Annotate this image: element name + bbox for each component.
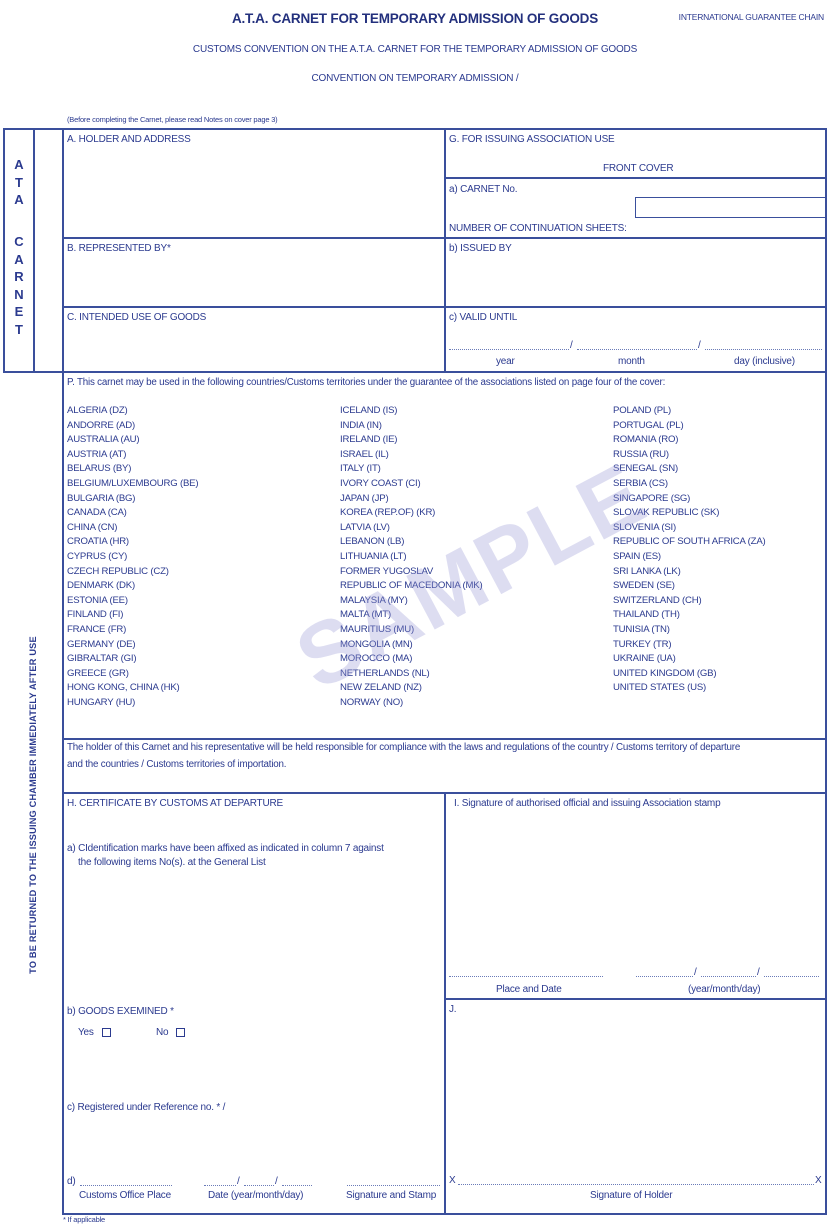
yes-label: Yes [78, 1027, 94, 1038]
country-item: NORWAY (NO) [340, 696, 482, 711]
continuation-sheets-label: NUMBER OF CONTINUATION SHEETS: [449, 223, 627, 234]
country-item: SENEGAL (SN) [613, 462, 766, 477]
valid-until-label: c) VALID UNTIL [449, 312, 517, 323]
country-item: ANDORRE (AD) [67, 419, 198, 434]
date-separator: / [694, 967, 697, 978]
country-item: CROATIA (HR) [67, 535, 198, 550]
country-item: GERMANY (DE) [67, 638, 198, 653]
responsibility-text-line2: and the countries / Customs territories … [67, 759, 286, 770]
letter: T [4, 321, 34, 339]
signature-stamp-label: Signature and Stamp [346, 1190, 436, 1201]
date-separator: / [237, 1176, 240, 1187]
holder-address-field[interactable] [64, 150, 443, 236]
yes-option[interactable]: Yes [78, 1027, 111, 1038]
country-item: MOROCCO (MA) [340, 652, 482, 667]
valid-year-field[interactable] [449, 349, 569, 350]
h-a-text-line2: the following items No(s). at the Genera… [78, 857, 266, 868]
country-item: TURKEY (TR) [613, 638, 766, 653]
issued-by-field[interactable] [446, 258, 824, 304]
country-item: MALAYSIA (MY) [340, 594, 482, 609]
country-item: BULGARIA (BG) [67, 492, 198, 507]
section-a-holder-label: A. HOLDER AND ADDRESS [67, 134, 191, 145]
issue-year-field[interactable] [636, 976, 693, 977]
country-item: SWITZERLAND (CH) [613, 594, 766, 609]
date-separator: / [698, 340, 701, 351]
items-numbers-field[interactable] [64, 872, 443, 997]
country-item: MAURITIUS (MU) [340, 623, 482, 638]
country-item: IRELAND (IE) [340, 433, 482, 448]
month-label: month [618, 356, 645, 367]
customs-office-place-label: Customs Office Place [79, 1190, 171, 1201]
subtitle-temporary-admission: CONVENTION ON TEMPORARY ADMISSION / [0, 73, 830, 84]
country-item: GREECE (GR) [67, 667, 198, 682]
place-date-field[interactable] [449, 976, 603, 977]
country-item: ITALY (IT) [340, 462, 482, 477]
country-item: CHINA (CN) [67, 521, 198, 536]
country-item: POLAND (PL) [613, 404, 766, 419]
section-p-label: P. This carnet may be used in the follow… [67, 377, 665, 388]
country-item: BELGIUM/LUXEMBOURG (BE) [67, 477, 198, 492]
cover-note: (Before completing the Carnet, please re… [67, 115, 277, 124]
place-date-label: Place and Date [496, 984, 562, 995]
country-item: REPUBLIC OF MACEDONIA (MK) [340, 579, 482, 594]
issue-day-field[interactable] [764, 976, 819, 977]
date-separator: / [757, 967, 760, 978]
letter: N [4, 286, 34, 304]
country-item: HUNGARY (HU) [67, 696, 198, 711]
country-item: CYPRUS (CY) [67, 550, 198, 565]
departure-year-field[interactable] [204, 1185, 236, 1186]
letter: C [4, 233, 34, 251]
ata-label: A T A [4, 156, 34, 209]
letter: T [4, 174, 34, 192]
letter: R [4, 268, 34, 286]
country-item: ESTONIA (EE) [67, 594, 198, 609]
country-item: CANADA (CA) [67, 506, 198, 521]
country-item: ALGERIA (DZ) [67, 404, 198, 419]
issued-by-label: b) ISSUED BY [449, 243, 512, 254]
section-i-label: I. Signature of authorised official and … [454, 798, 720, 809]
country-item: BELARUS (BY) [67, 462, 198, 477]
country-item: SWEDEN (SE) [613, 579, 766, 594]
carnet-label: C A R N E T [4, 233, 34, 338]
country-item: UKRAINE (UA) [613, 652, 766, 667]
country-list-col1: ALGERIA (DZ)ANDORRE (AD)AUSTRALIA (AU)AU… [67, 404, 198, 710]
country-item: TUNISIA (TN) [613, 623, 766, 638]
section-g-label: G. FOR ISSUING ASSOCIATION USE [449, 134, 615, 145]
signature-x-right: X [815, 1175, 821, 1186]
country-item: PORTUGAL (PL) [613, 419, 766, 434]
intended-use-field[interactable] [64, 328, 443, 370]
yes-checkbox[interactable] [102, 1028, 111, 1037]
letter: E [4, 303, 34, 321]
guarantee-chain-label: INTERNATIONAL GUARANTEE CHAIN [679, 12, 824, 22]
country-item: SRI LANKA (LK) [613, 565, 766, 580]
country-item: INDIA (IN) [340, 419, 482, 434]
country-item: MONGOLIA (MN) [340, 638, 482, 653]
year-label: year [496, 356, 515, 367]
country-item: RUSSIA (RU) [613, 448, 766, 463]
valid-month-field[interactable] [577, 349, 697, 350]
country-item: GIBRALTAR (GI) [67, 652, 198, 667]
goods-examined-label: b) GOODS EXEMINED * [67, 1006, 174, 1017]
carnet-no-label: a) CARNET No. [449, 184, 517, 195]
day-label: day (inclusive) [734, 356, 795, 367]
country-item: FINLAND (FI) [67, 608, 198, 623]
country-item: FRANCE (FR) [67, 623, 198, 638]
section-c-intended-use-label: C. INTENDED USE OF GOODS [67, 312, 206, 323]
country-item: IVORY COAST (CI) [340, 477, 482, 492]
country-item: UNITED KINGDOM (GB) [613, 667, 766, 682]
country-item: AUSTRIA (AT) [67, 448, 198, 463]
country-item: JAPAN (JP) [340, 492, 482, 507]
country-item: SPAIN (ES) [613, 550, 766, 565]
signature-holder-label: Signature of Holder [590, 1190, 672, 1201]
country-item: KOREA (REP.OF) (KR) [340, 506, 482, 521]
country-item: HONG KONG, CHINA (HK) [67, 681, 198, 696]
country-item: UNITED STATES (US) [613, 681, 766, 696]
holder-signature-field[interactable] [458, 1184, 814, 1185]
country-item: SLOVENIA (SI) [613, 521, 766, 536]
country-item: FORMER YUGOSLAV [340, 565, 482, 580]
no-label: No [156, 1027, 168, 1038]
valid-day-field[interactable] [705, 349, 822, 350]
country-item: NEW ZELAND (NZ) [340, 681, 482, 696]
responsibility-text-line1: The holder of this Carnet and his repres… [67, 742, 740, 753]
return-instruction: TO BE RETURNED TO THE ISSUING CHAMBER IM… [28, 636, 38, 974]
country-list-col2: ICELAND (IS)INDIA (IN)IRELAND (IE)ISRAEL… [340, 404, 482, 710]
letter: A [4, 251, 34, 269]
country-list-col3: POLAND (PL)PORTUGAL (PL)ROMANIA (RO)RUSS… [613, 404, 766, 696]
country-item: SINGAPORE (SG) [613, 492, 766, 507]
customs-signature-field[interactable] [347, 1185, 440, 1186]
footnote: * If applicable [63, 1215, 105, 1224]
front-cover-label: FRONT COVER [603, 163, 673, 174]
country-item: ISRAEL (IL) [340, 448, 482, 463]
h-a-text-line1: a) CIdentification marks have been affix… [67, 843, 384, 854]
no-checkbox[interactable] [176, 1028, 185, 1037]
country-item: LEBANON (LB) [340, 535, 482, 550]
represented-by-field[interactable] [64, 258, 443, 304]
country-item: ROMANIA (RO) [613, 433, 766, 448]
carnet-number-field[interactable] [635, 197, 826, 218]
ymd-label: (year/month/day) [688, 984, 760, 995]
country-item: LATVIA (LV) [340, 521, 482, 536]
letter: A [4, 191, 34, 209]
registered-reference-label: c) Registered under Reference no. * / [67, 1102, 225, 1113]
section-j-label: J. [449, 1004, 456, 1015]
country-item: SERBIA (CS) [613, 477, 766, 492]
country-item: CZECH REPUBLIC (CZ) [67, 565, 198, 580]
country-item: SLOVAK REPUBLIC (SK) [613, 506, 766, 521]
date-separator: / [275, 1176, 278, 1187]
country-item: DENMARK (DK) [67, 579, 198, 594]
date-ymd-label: Date (year/month/day) [208, 1190, 303, 1201]
letter: A [4, 156, 34, 174]
no-option[interactable]: No [156, 1027, 185, 1038]
country-item: THAILAND (TH) [613, 608, 766, 623]
subtitle-convention: CUSTOMS CONVENTION ON THE A.T.A. CARNET … [0, 44, 830, 55]
departure-day-field[interactable] [282, 1185, 312, 1186]
country-item: MALTA (MT) [340, 608, 482, 623]
h-d-label: d) [67, 1176, 76, 1187]
date-separator: / [570, 340, 573, 351]
country-item: LITHUANIA (LT) [340, 550, 482, 565]
customs-office-place-field[interactable] [80, 1185, 172, 1186]
country-item: REPUBLIC OF SOUTH AFRICA (ZA) [613, 535, 766, 550]
issue-month-field[interactable] [701, 976, 756, 977]
departure-month-field[interactable] [244, 1185, 274, 1186]
section-h-label: H. CERTIFICATE BY CUSTOMS AT DEPARTURE [67, 798, 283, 809]
country-item: ICELAND (IS) [340, 404, 482, 419]
country-item: NETHERLANDS (NL) [340, 667, 482, 682]
country-item: AUSTRALIA (AU) [67, 433, 198, 448]
signature-x-left: X [449, 1175, 455, 1186]
section-b-represented-label: B. REPRESENTED BY* [67, 243, 171, 254]
